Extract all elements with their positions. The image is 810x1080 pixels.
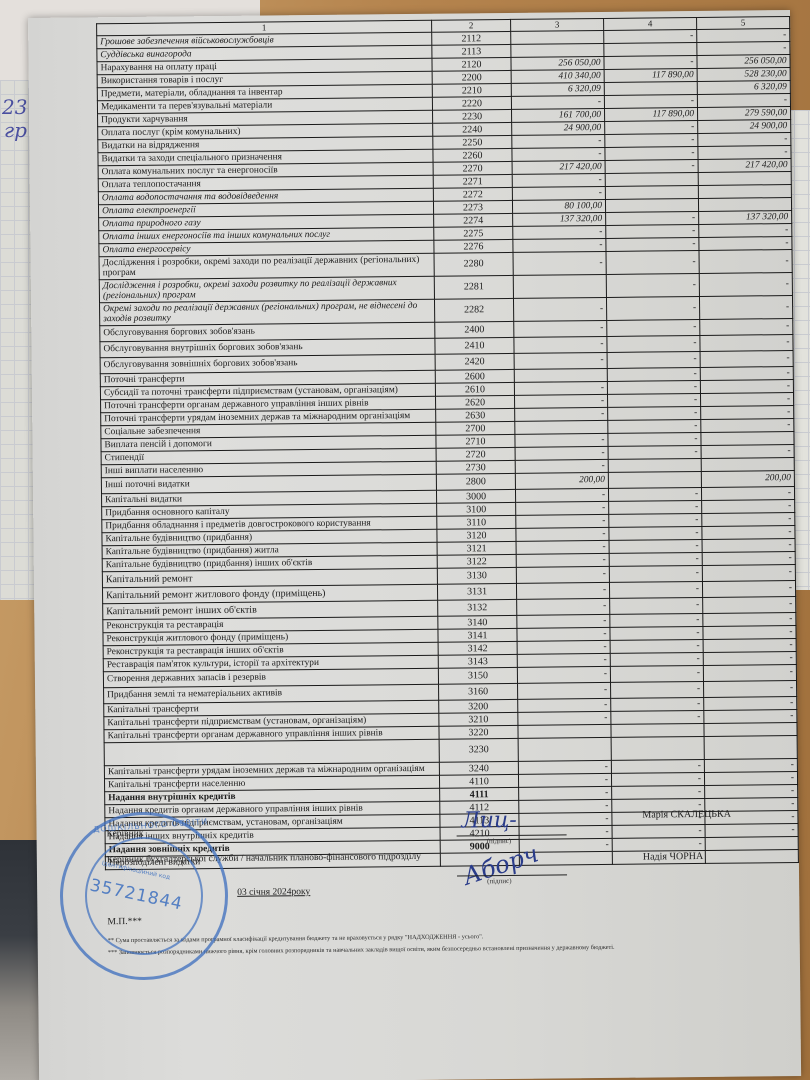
accountant-name: Надія ЧОРНА	[643, 851, 703, 863]
row-col-4: -	[609, 552, 702, 566]
header-col-5: 5	[697, 17, 790, 30]
row-col-4: -	[605, 146, 698, 160]
row-code: 2200	[432, 70, 511, 84]
row-code: 2400	[435, 321, 514, 338]
row-col-5: -	[702, 525, 795, 539]
background-cloth	[0, 840, 40, 1080]
row-code: 3210	[439, 712, 518, 726]
row-code: 3230	[439, 738, 518, 762]
row-col-3: -	[511, 95, 604, 109]
row-code: 2112	[432, 31, 511, 45]
row-col-5: -	[702, 551, 795, 565]
row-col-5: 24 900,00	[698, 120, 791, 134]
row-col-5: -	[697, 94, 790, 108]
row-col-4: -	[611, 697, 704, 711]
row-code: 3131	[437, 583, 516, 600]
row-col-4: -	[611, 772, 704, 786]
row-col-5	[701, 457, 794, 471]
row-code: 2420	[435, 353, 514, 370]
row-col-4: -	[606, 224, 699, 238]
handwriting-scribble: 23	[2, 95, 27, 119]
row-col-3: 217 420,00	[512, 160, 605, 174]
row-col-4: -	[606, 211, 699, 225]
row-col-4: -	[609, 526, 702, 540]
row-col-3: -	[512, 173, 605, 187]
row-code: 3110	[437, 515, 516, 529]
row-col-5: 200,00	[701, 470, 794, 487]
row-col-5	[698, 198, 791, 212]
row-code: 2275	[434, 226, 513, 240]
stamp-ring-text: ДОШКІЛЬНОГО ОСВІТИ	[93, 817, 209, 834]
row-col-4: -	[604, 29, 697, 43]
row-col-5: -	[698, 133, 791, 147]
row-code: 2272	[433, 187, 512, 201]
row-col-5: -	[704, 771, 797, 785]
row-col-5: 528 230,00	[697, 68, 790, 82]
row-col-4	[605, 185, 698, 199]
row-col-5	[701, 431, 794, 445]
row-code: 3200	[439, 699, 518, 713]
row-col-3: -	[516, 566, 609, 583]
row-code: 4111	[440, 787, 519, 801]
row-col-3: 161 700,00	[512, 108, 605, 122]
row-col-3: 80 100,00	[512, 199, 605, 213]
row-col-3: -	[514, 381, 607, 395]
row-col-5	[705, 849, 798, 863]
row-col-5: -	[702, 512, 795, 526]
row-col-3	[518, 724, 611, 738]
row-col-3: 256 050,00	[511, 56, 604, 70]
row-col-4: -	[608, 419, 701, 433]
row-col-4: 117 890,00	[604, 68, 697, 82]
row-col-3: -	[516, 582, 609, 599]
row-col-4: -	[609, 539, 702, 553]
row-col-5: 256 050,00	[697, 55, 790, 69]
row-col-3: -	[516, 527, 609, 541]
row-code: 2240	[433, 122, 512, 136]
row-col-3	[518, 737, 611, 761]
row-col-3: -	[518, 698, 611, 712]
row-col-3: 200,00	[515, 472, 608, 489]
row-code: 3120	[437, 528, 516, 542]
row-col-4	[604, 42, 697, 56]
row-col-5	[698, 185, 791, 199]
row-code: 2610	[435, 382, 514, 396]
row-code: 3130	[437, 567, 516, 584]
row-col-4: 117 890,00	[604, 107, 697, 121]
row-col-3: -	[515, 459, 608, 473]
row-col-4: -	[611, 759, 704, 773]
row-col-5: -	[704, 709, 797, 723]
row-col-3: -	[518, 711, 611, 725]
row-col-5: -	[703, 651, 796, 665]
row-col-4: -	[605, 133, 698, 147]
row-col-5: -	[705, 823, 798, 837]
row-col-4: -	[610, 613, 703, 627]
row-col-5: 6 320,09	[697, 81, 790, 95]
row-col-5: -	[704, 758, 797, 772]
row-col-3: 137 320,00	[513, 212, 606, 226]
row-col-4: -	[609, 500, 702, 514]
row-code: 2210	[432, 83, 511, 97]
row-col-3: -	[513, 297, 606, 321]
row-col-4: -	[606, 237, 699, 251]
row-col-4: -	[605, 120, 698, 134]
row-col-4: -	[605, 159, 698, 173]
row-code: 2113	[432, 44, 511, 58]
row-col-3: -	[518, 682, 611, 699]
row-col-5: -	[703, 612, 796, 626]
row-col-3: 24 900,00	[512, 121, 605, 135]
row-code: 3121	[437, 541, 516, 555]
row-code: 2273	[433, 200, 512, 214]
row-col-3	[514, 368, 607, 382]
row-col-4: -	[612, 837, 705, 851]
official-stamp: ДОШКІЛЬНОГО ОСВІТИ Ідентифікаційний код …	[60, 812, 228, 980]
row-code: 3143	[438, 654, 517, 668]
head-signature-caption: (підпис)	[487, 837, 512, 845]
row-col-4: -	[610, 597, 703, 614]
row-code: 2260	[433, 148, 512, 162]
row-col-5: -	[702, 499, 795, 513]
row-col-4	[611, 723, 704, 737]
row-col-3: -	[515, 446, 608, 460]
row-code: 3122	[437, 554, 516, 568]
row-col-4: -	[607, 319, 700, 336]
row-col-4: -	[608, 487, 701, 501]
row-code: 2800	[436, 473, 515, 490]
row-col-4: -	[607, 380, 700, 394]
row-col-3: -	[519, 825, 612, 839]
row-col-4	[611, 736, 704, 760]
row-code: 2280	[434, 252, 513, 276]
row-col-4: -	[609, 565, 702, 582]
row-code: 3140	[438, 615, 517, 629]
row-col-5: -	[702, 580, 795, 597]
row-code: 3142	[438, 641, 517, 655]
row-col-3: -	[513, 238, 606, 252]
row-code: 2630	[436, 408, 515, 422]
row-code: 2620	[436, 395, 515, 409]
row-col-3: -	[519, 799, 612, 813]
row-col-5: -	[699, 250, 792, 274]
row-code: 3150	[438, 667, 517, 684]
row-col-4	[608, 471, 701, 488]
document-date: 03 січня 2024року	[237, 887, 310, 898]
row-col-3: -	[514, 320, 607, 337]
row-code: 2220	[432, 96, 511, 110]
row-col-3: -	[519, 786, 612, 800]
row-col-5: -	[701, 418, 794, 432]
row-col-4: -	[609, 581, 702, 598]
row-col-3: -	[513, 225, 606, 239]
row-col-3: -	[517, 640, 610, 654]
accountant-signature-caption: (підпис)	[487, 877, 512, 885]
row-col-3: -	[516, 553, 609, 567]
row-col-3: -	[514, 336, 607, 353]
row-col-4	[608, 458, 701, 472]
row-col-4: -	[610, 665, 703, 682]
row-col-3: -	[517, 653, 610, 667]
row-col-4: -	[608, 432, 701, 446]
row-col-4: -	[604, 94, 697, 108]
row-col-3: -	[516, 501, 609, 515]
row-col-5: -	[699, 237, 792, 251]
row-col-3: -	[512, 134, 605, 148]
row-col-5: -	[702, 564, 795, 581]
row-col-4: -	[607, 367, 700, 381]
row-col-3: -	[514, 352, 607, 369]
row-col-3: -	[518, 773, 611, 787]
row-code: 2230	[433, 109, 512, 123]
row-col-4: -	[610, 652, 703, 666]
row-col-5	[704, 735, 797, 759]
row-code: 2730	[436, 460, 515, 474]
row-code: 2700	[436, 421, 515, 435]
header-col-3: 3	[511, 18, 604, 31]
row-col-5: -	[702, 538, 795, 552]
row-code: 2271	[433, 174, 512, 188]
row-code: 3100	[437, 502, 516, 516]
row-col-4: -	[611, 710, 704, 724]
row-col-4: -	[612, 824, 705, 838]
row-col-4	[605, 198, 698, 212]
row-col-5: -	[703, 664, 796, 681]
row-col-3: -	[519, 812, 612, 826]
row-code: 3220	[439, 725, 518, 739]
row-col-3: -	[517, 598, 610, 615]
row-col-4	[604, 81, 697, 95]
row-code: 3000	[436, 489, 515, 503]
row-code: 3141	[438, 628, 517, 642]
row-code: 2282	[434, 298, 513, 322]
head-name: Марія СКАЛЕЦЬКА	[642, 809, 731, 821]
row-code: 3132	[438, 599, 517, 616]
row-col-3: -	[515, 433, 608, 447]
row-col-5: -	[703, 596, 796, 613]
budget-table: 1 2 3 4 5 Грошове забезпечення військово…	[96, 16, 799, 870]
row-col-5: -	[697, 29, 790, 43]
row-col-4: -	[604, 55, 697, 69]
row-col-5: -	[704, 680, 797, 697]
row-col-5: -	[699, 273, 792, 297]
row-col-4: -	[612, 785, 705, 799]
row-col-3	[513, 274, 606, 298]
row-col-5: -	[701, 444, 794, 458]
row-col-4: -	[608, 445, 701, 459]
row-code: 2250	[433, 135, 512, 149]
row-code: 3240	[439, 761, 518, 775]
row-col-5: -	[703, 625, 796, 639]
row-col-5: -	[700, 350, 793, 367]
row-col-3: -	[518, 760, 611, 774]
row-col-3: -	[512, 186, 605, 200]
row-code: 2600	[435, 369, 514, 383]
row-col-5: -	[705, 784, 798, 798]
row-col-4: -	[607, 393, 700, 407]
row-col-5: -	[700, 366, 793, 380]
row-code: 2410	[435, 337, 514, 354]
row-code: 4110	[439, 774, 518, 788]
row-col-5	[698, 172, 791, 186]
row-col-3: -	[513, 251, 606, 275]
row-code: 2270	[433, 161, 512, 175]
row-col-3: -	[512, 147, 605, 161]
row-col-5: -	[699, 295, 792, 319]
row-code: 2274	[434, 213, 513, 227]
row-col-5: -	[700, 334, 793, 351]
row-col-5	[704, 722, 797, 736]
row-code: 2710	[436, 434, 515, 448]
row-col-5: 137 320,00	[699, 211, 792, 225]
row-col-4: -	[606, 273, 699, 297]
row-col-5: -	[699, 224, 792, 238]
row-col-5: -	[700, 392, 793, 406]
row-col-5	[705, 836, 798, 850]
header-col-4: 4	[604, 17, 697, 30]
row-col-4: -	[608, 406, 701, 420]
row-col-3: -	[515, 407, 608, 421]
head-signature: Лиц-	[461, 808, 517, 834]
row-code: 3160	[439, 683, 518, 700]
row-col-5: -	[703, 638, 796, 652]
row-col-3: -	[514, 394, 607, 408]
handwriting-scribble: гр	[4, 118, 27, 142]
row-code: 2120	[432, 57, 511, 71]
row-col-4: -	[606, 250, 699, 274]
row-code: 2281	[434, 275, 513, 299]
row-col-4: -	[610, 639, 703, 653]
row-col-5: -	[704, 696, 797, 710]
row-col-3: -	[517, 614, 610, 628]
row-col-3	[511, 30, 604, 44]
row-col-4: -	[610, 626, 703, 640]
row-col-4: -	[607, 351, 700, 368]
row-col-4: -	[606, 296, 699, 320]
row-col-5: -	[701, 405, 794, 419]
row-col-4: -	[607, 335, 700, 352]
row-col-5: -	[698, 146, 791, 160]
row-col-4: -	[609, 513, 702, 527]
row-col-3: -	[515, 488, 608, 502]
row-col-3: -	[517, 666, 610, 683]
row-col-5: 217 420,00	[698, 159, 791, 173]
row-col-5: -	[701, 486, 794, 500]
row-col-5: 279 590,00	[697, 107, 790, 121]
row-code: 2720	[436, 447, 515, 461]
header-col-2: 2	[432, 19, 511, 32]
row-col-3	[511, 43, 604, 57]
row-col-3: 410 340,00	[511, 69, 604, 83]
row-col-3: -	[516, 540, 609, 554]
row-code: 2276	[434, 239, 513, 253]
row-col-5: -	[697, 42, 790, 56]
row-col-5: -	[700, 318, 793, 335]
row-col-3: 6 320,09	[511, 82, 604, 96]
row-col-3	[515, 420, 608, 434]
row-col-5: -	[700, 379, 793, 393]
row-col-3: -	[516, 514, 609, 528]
row-col-4: -	[611, 681, 704, 698]
row-col-4	[605, 172, 698, 186]
row-col-3: -	[517, 627, 610, 641]
